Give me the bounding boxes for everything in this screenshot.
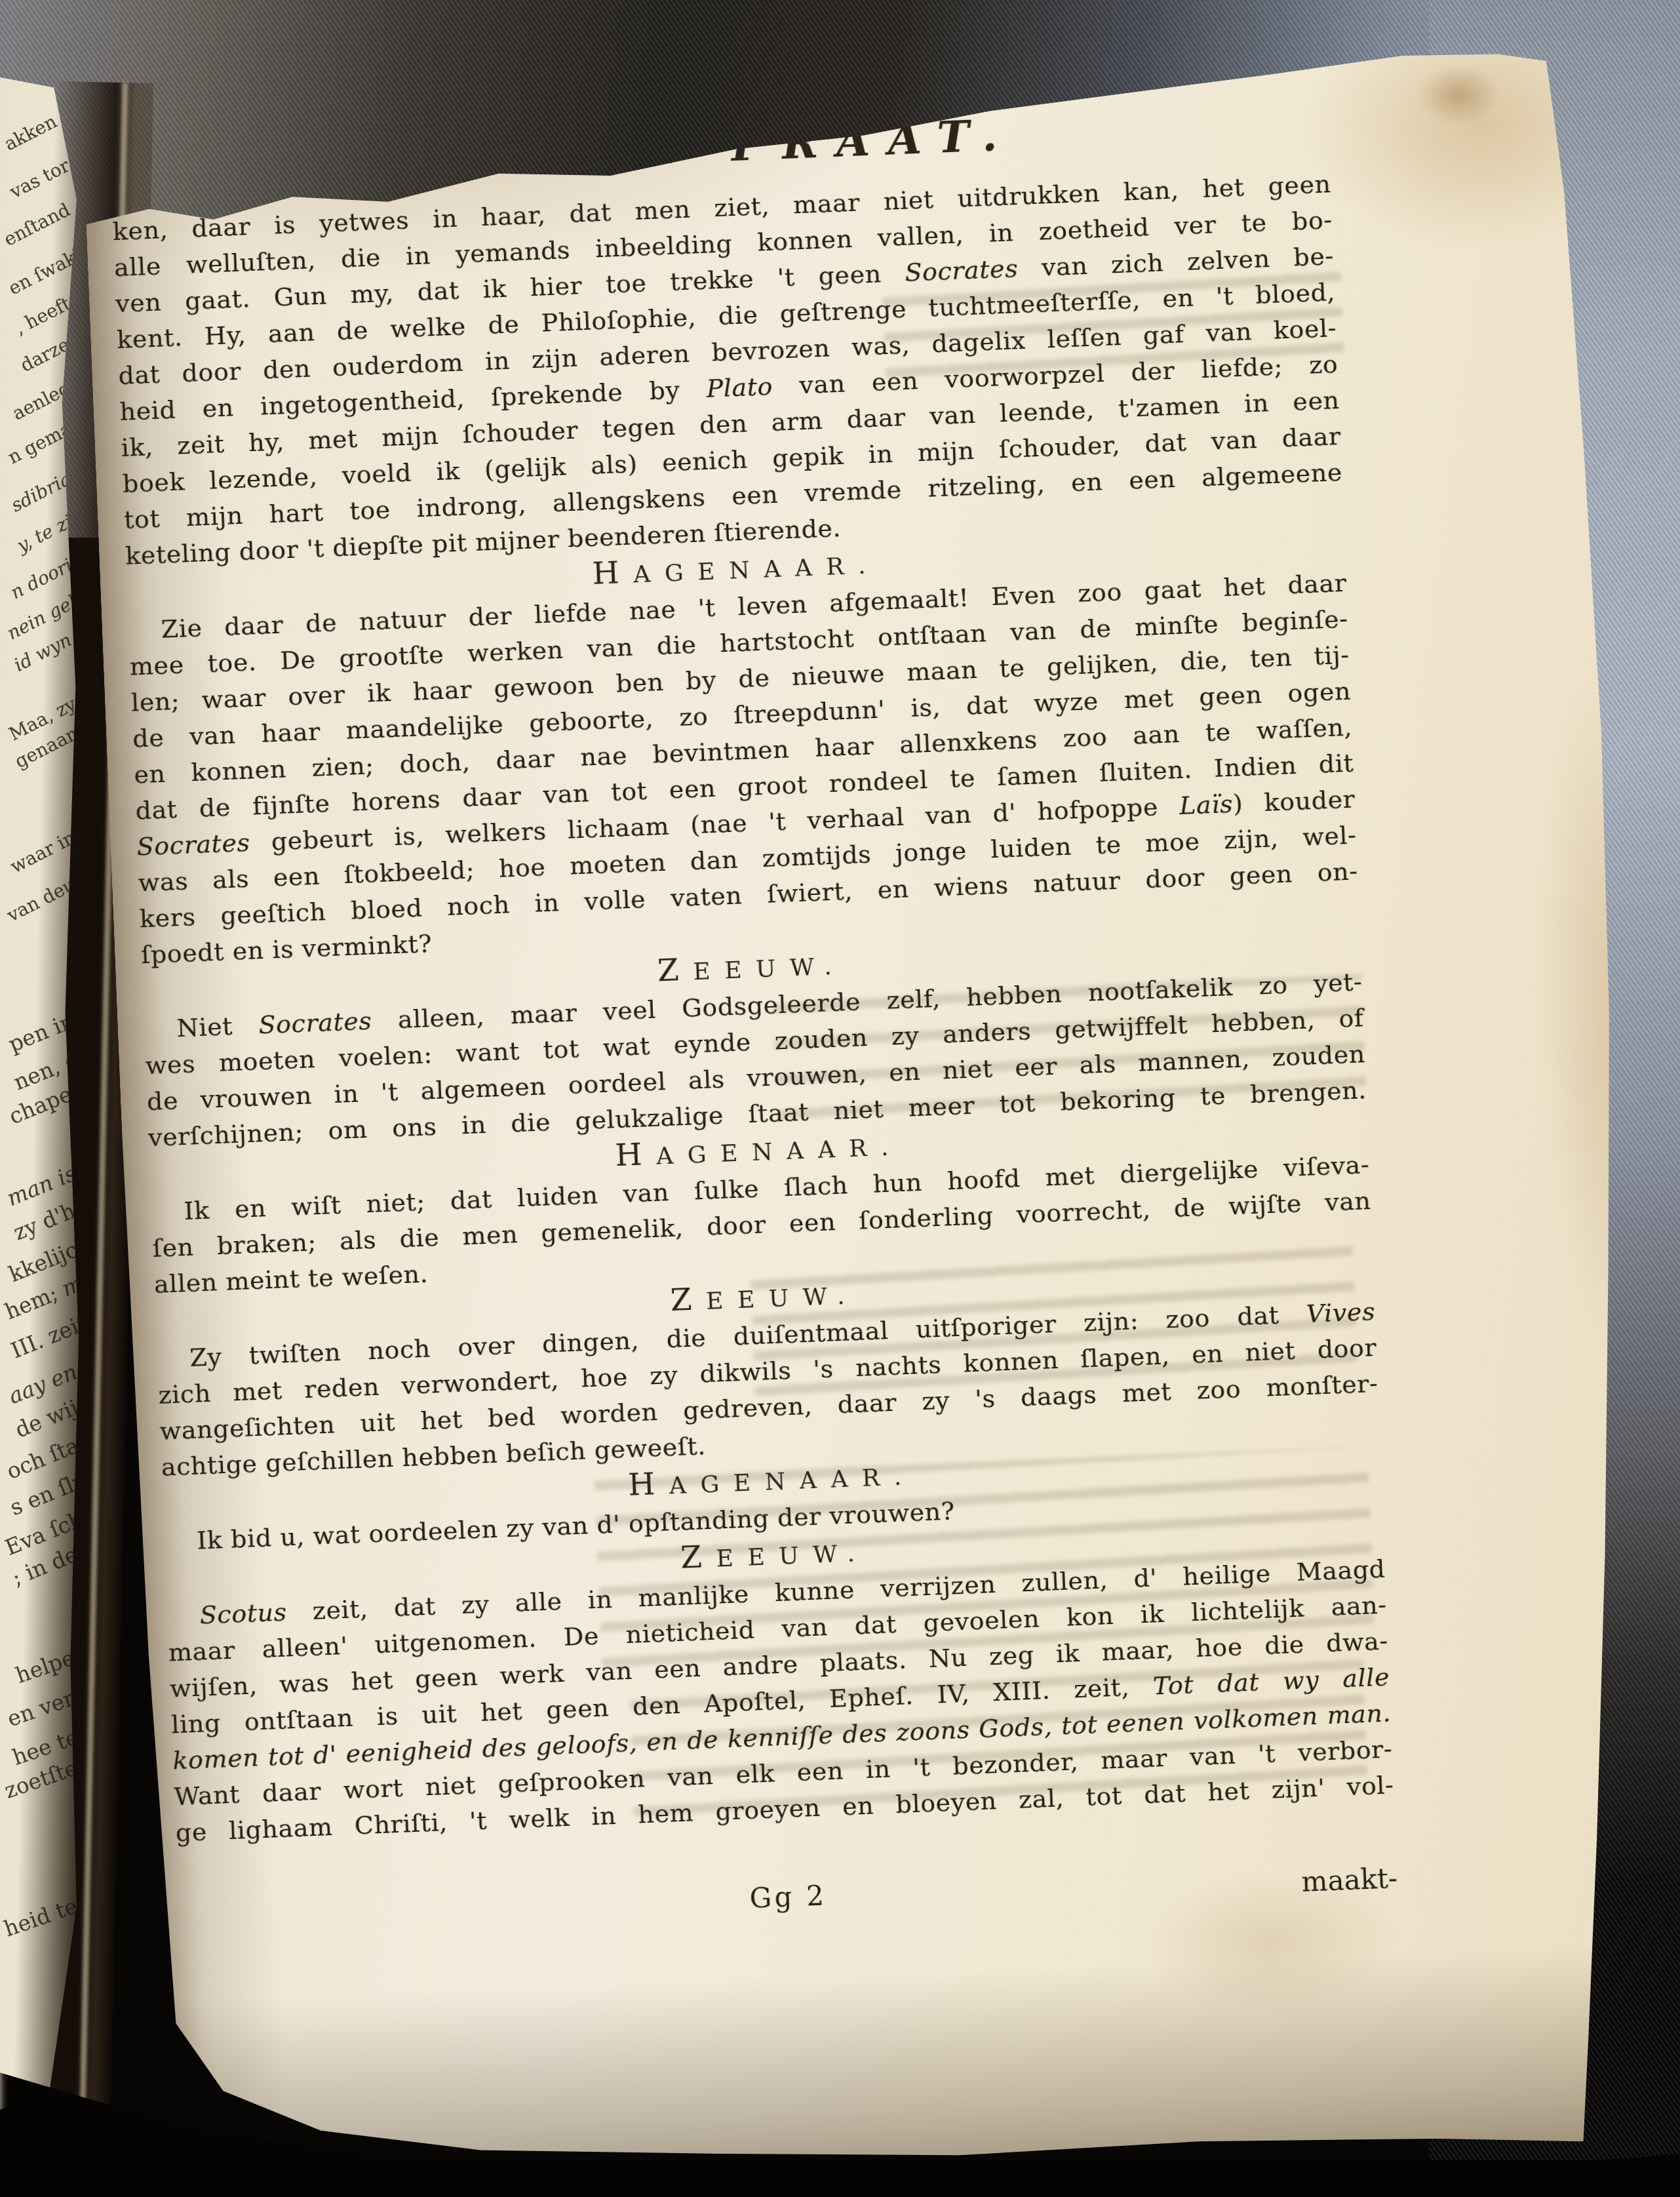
book-page: MINNE-PRAAT. ken, daar is yetwes in haar… bbox=[79, 0, 1680, 2197]
book-photo: akkenvas torenſtanden ſwakk, heeft Gdarz… bbox=[0, 0, 1680, 2197]
catchword: maakt- bbox=[1301, 1862, 1398, 1898]
background-shadow bbox=[0, 2160, 1680, 2197]
dialogue: ken, daar is yetwes in haar, dat men zie… bbox=[112, 166, 1395, 1851]
page-text: MINNE-PRAAT. ken, daar is yetwes in haar… bbox=[109, 96, 1398, 1937]
facing-page-fragment: akken bbox=[1, 110, 60, 155]
